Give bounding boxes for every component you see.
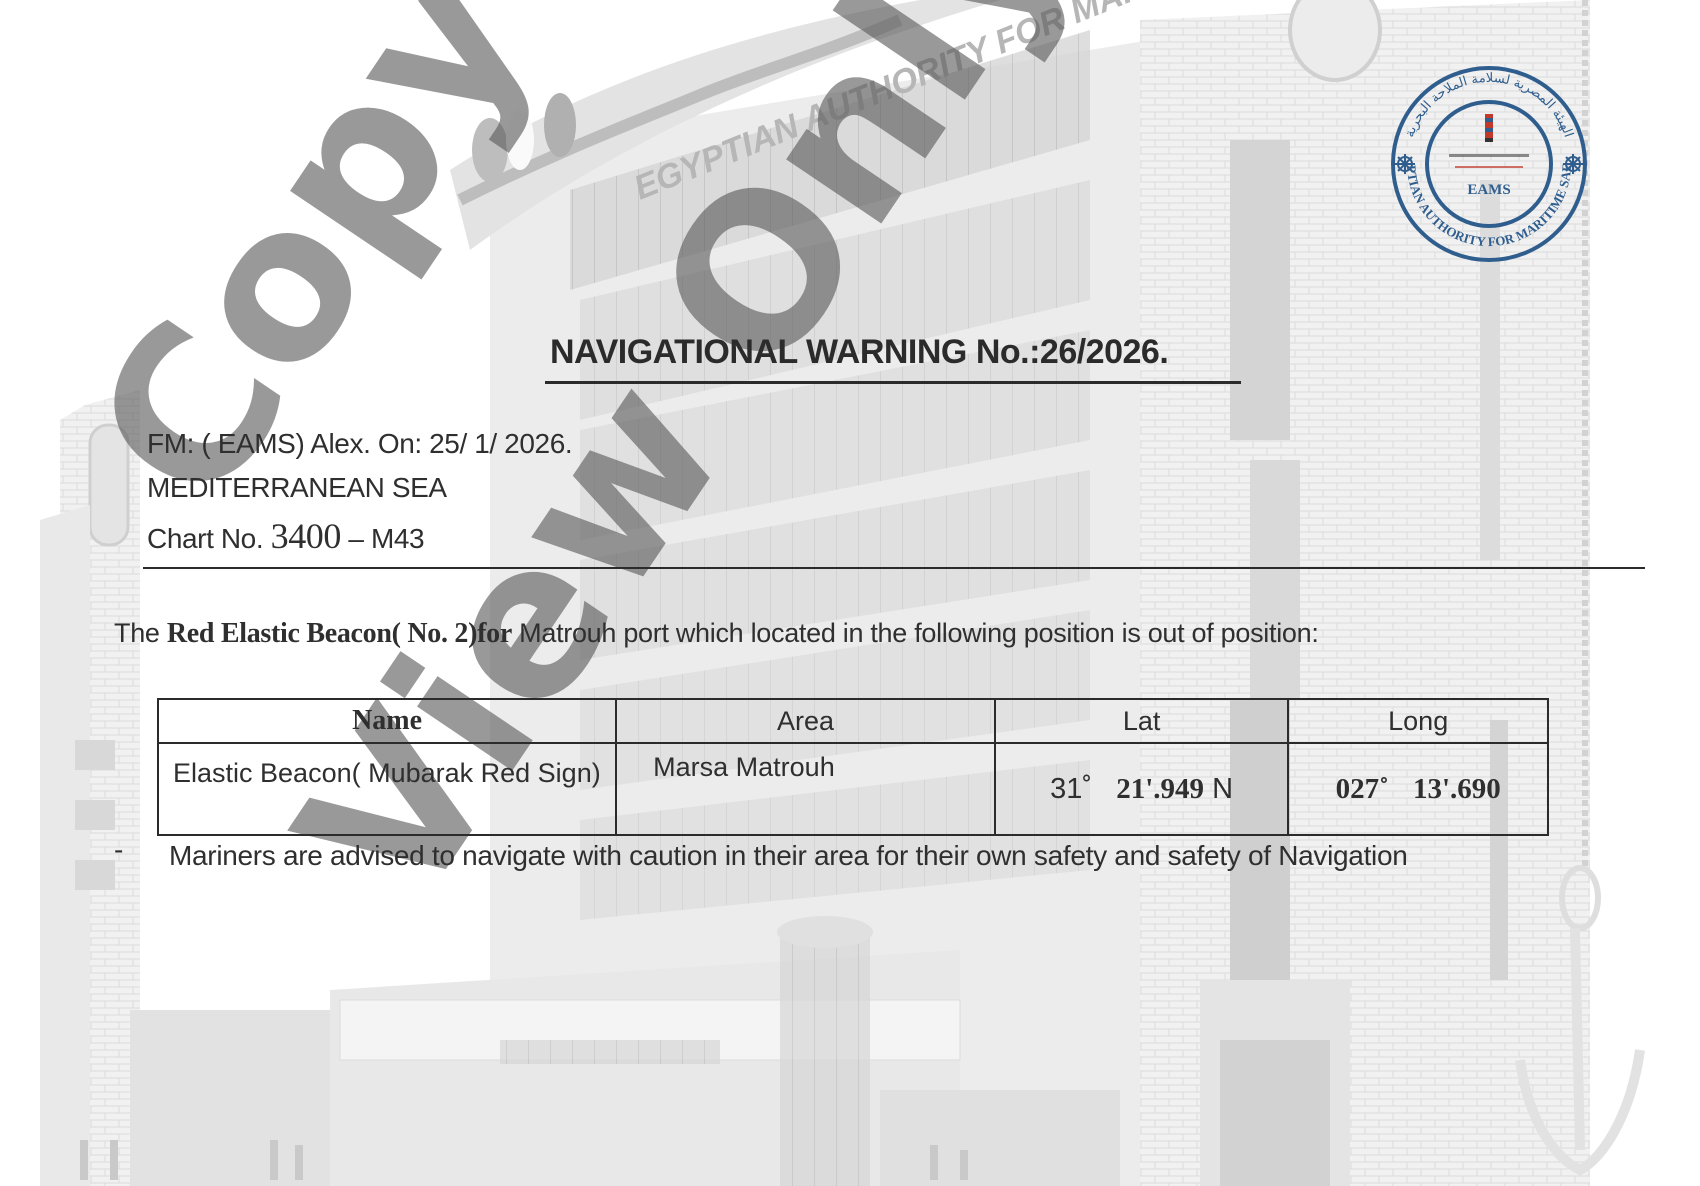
cell-name: Elastic Beacon( Mubarak Red Sign) (158, 743, 616, 835)
lat-minutes: 21'.949 (1116, 773, 1204, 805)
table-header-row: Name Area Lat Long (158, 699, 1548, 743)
navigational-warning-document: NAVIGATIONAL WARNING No.:26/2026. FM: ( … (0, 0, 1700, 1186)
cell-lat: 31˚ 21'.949 N (995, 743, 1289, 835)
chart-number: 3400 (271, 516, 341, 556)
intro-subject: Red Elastic Beacon( No. 2)for (167, 618, 512, 649)
column-header-long: Long (1288, 699, 1548, 743)
cell-long: 027˚ 13'.690 (1288, 743, 1548, 835)
long-degrees: 027˚ (1336, 773, 1389, 805)
document-title: NAVIGATIONAL WARNING No.:26/2026. (550, 333, 1168, 372)
cell-area: Marsa Matrouh (616, 743, 995, 835)
region-line: MEDITERRANEAN SEA (147, 472, 447, 504)
bullet-dash: - (114, 834, 123, 866)
long-minutes: 13'.690 (1413, 773, 1501, 805)
title-underline (545, 381, 1241, 384)
table-row: Elastic Beacon( Mubarak Red Sign) Marsa … (158, 743, 1548, 835)
chart-suffix: – M43 (341, 523, 424, 554)
column-header-area: Area (616, 699, 995, 743)
from-line: FM: ( EAMS) Alex. On: 25/ 1/ 2026. (147, 428, 572, 460)
warning-statement: The Red Elastic Beacon( No. 2)for Matrou… (114, 618, 1319, 650)
column-header-lat: Lat (995, 699, 1289, 743)
chart-line: Chart No. 3400 – M43 (147, 515, 424, 557)
section-divider (143, 567, 1645, 569)
advisory-text: Mariners are advised to navigate with ca… (169, 834, 1609, 878)
lat-degrees: 31˚ (1050, 773, 1092, 805)
intro-rest: Matrouh port which located in the follow… (512, 618, 1319, 648)
column-header-name: Name (158, 699, 616, 743)
intro-lead: The (114, 618, 167, 648)
position-table: Name Area Lat Long Elastic Beacon( Mubar… (157, 698, 1549, 836)
chart-prefix: Chart No. (147, 523, 271, 554)
lat-hemisphere: N (1212, 773, 1233, 805)
